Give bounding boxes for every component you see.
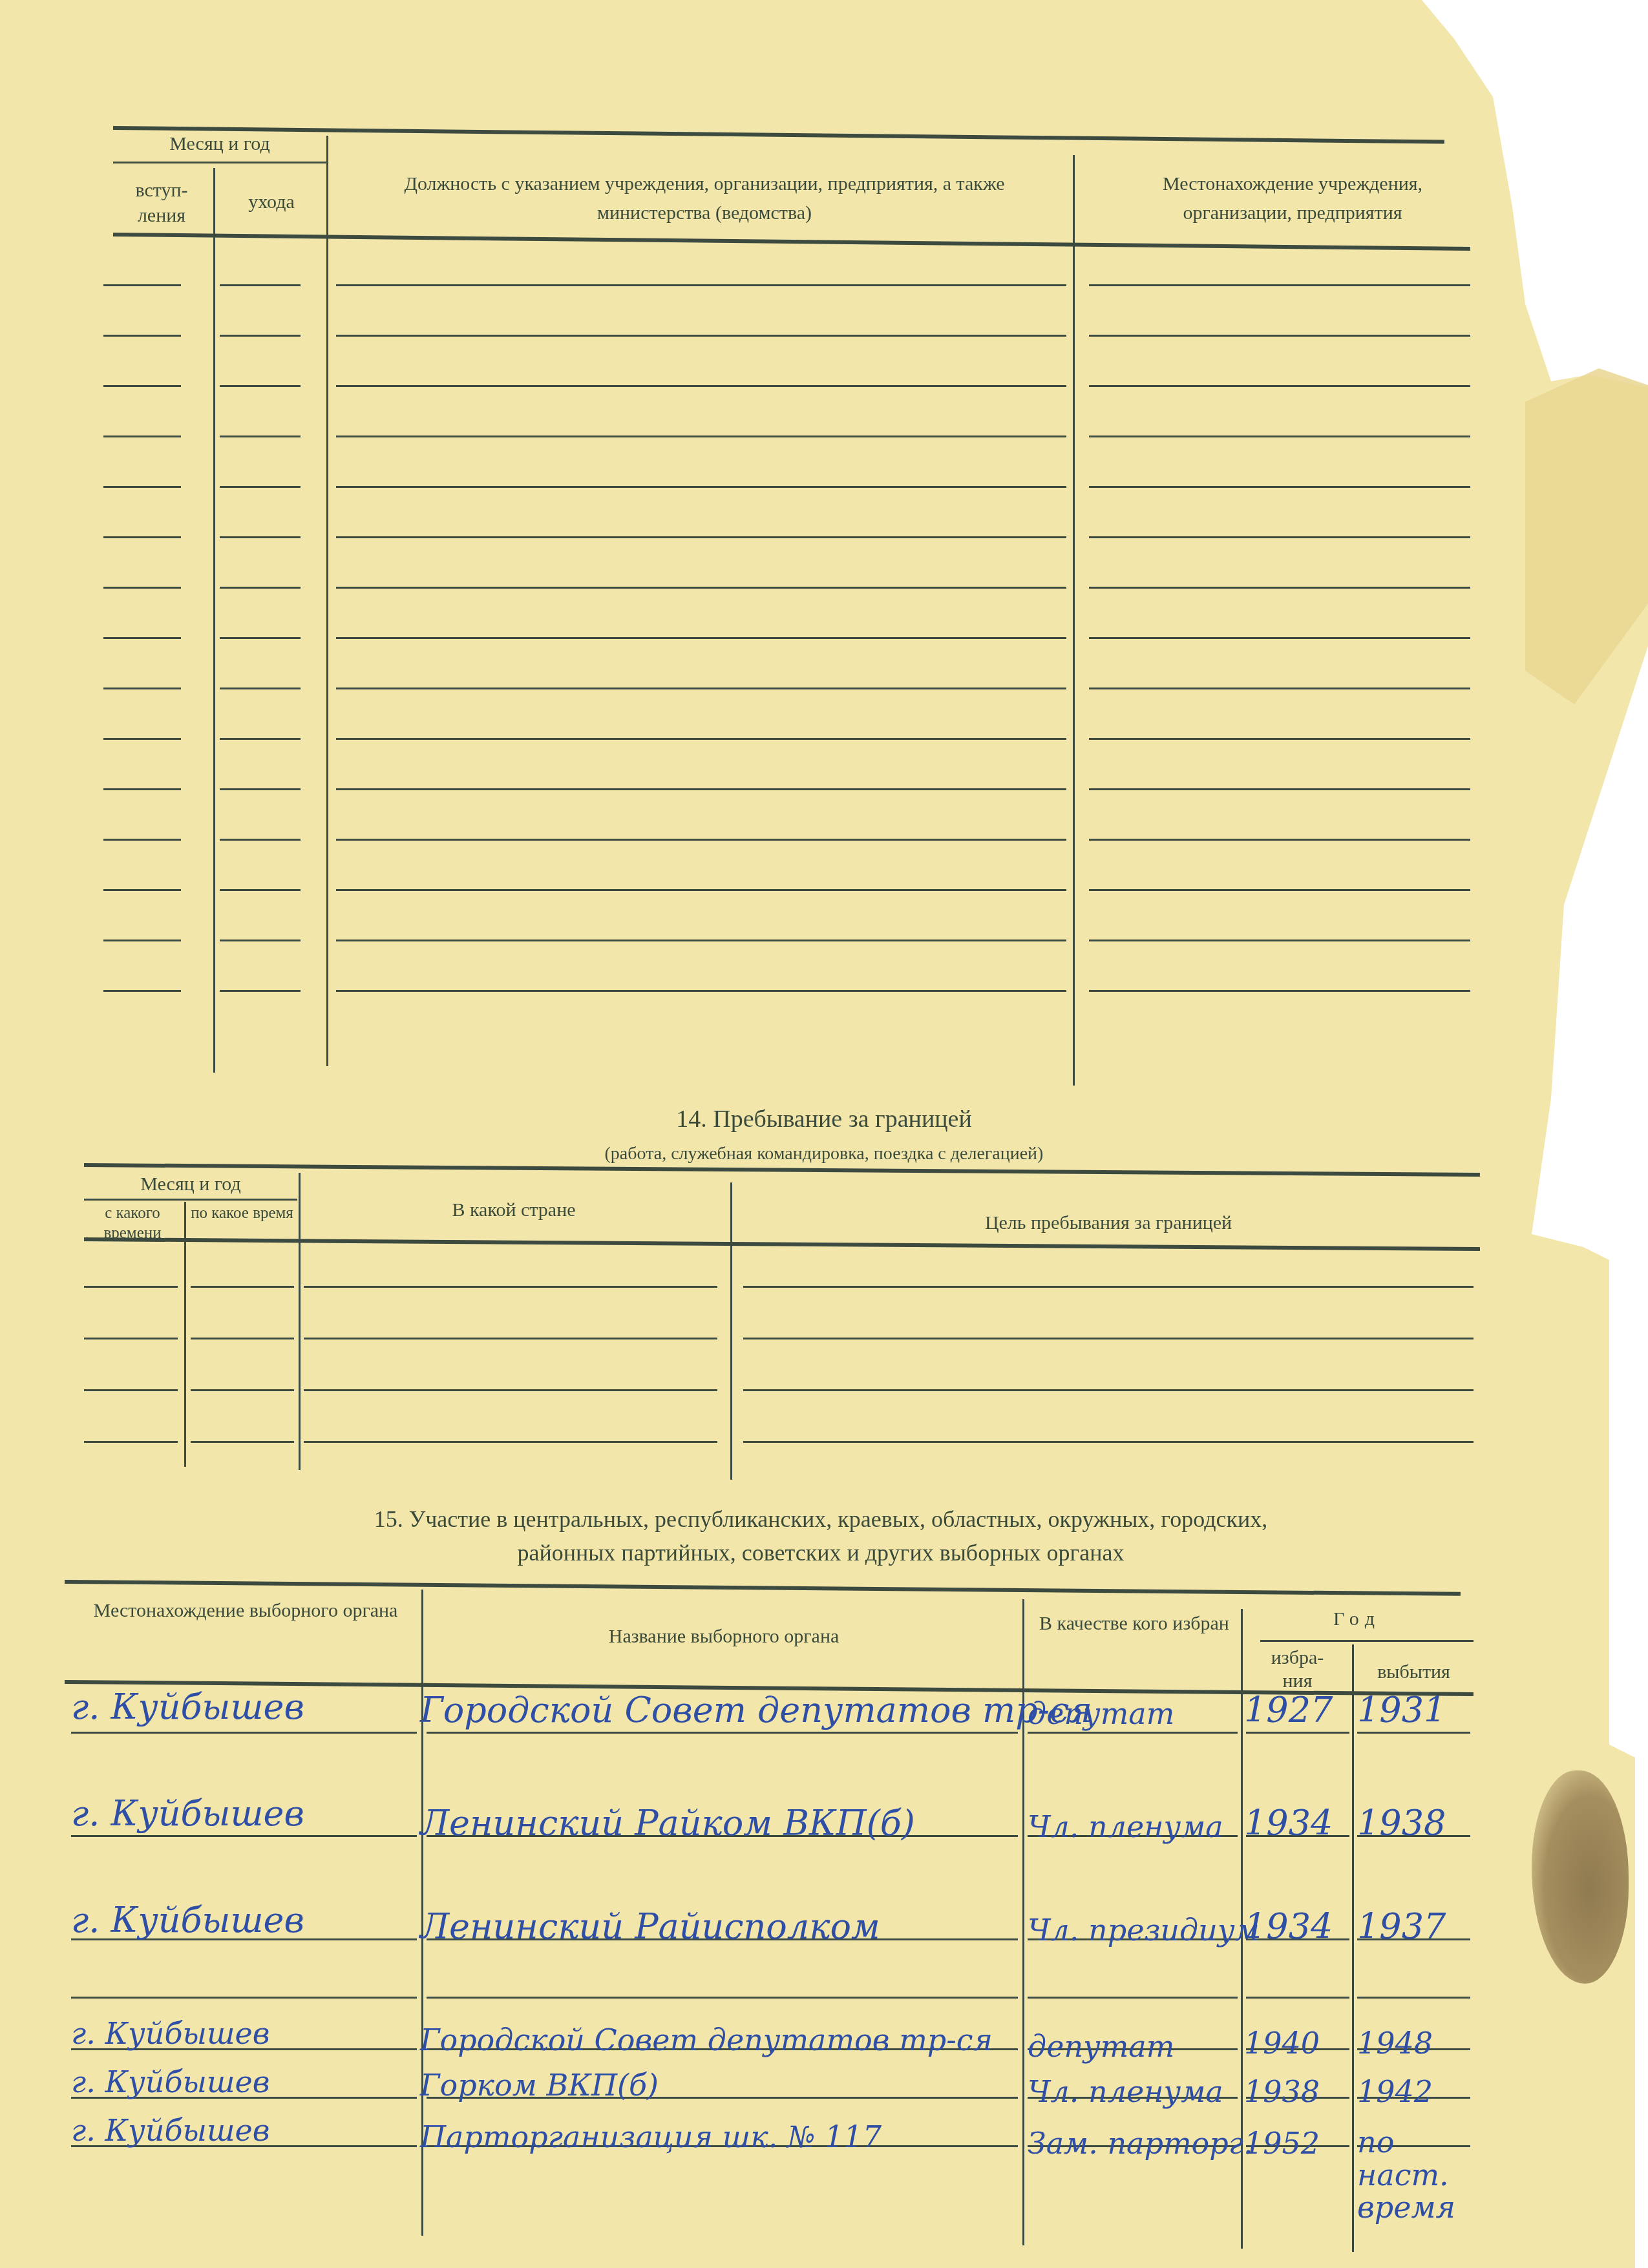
ruled-line (220, 536, 301, 538)
ruled-line (71, 1732, 417, 1734)
row-role: Чл. президиум (1028, 1913, 1260, 1948)
ruled-line (220, 688, 301, 689)
ruled-line (304, 1286, 717, 1288)
ruled-line (103, 738, 181, 740)
section15-title-line2: районных партийных, советских и других в… (155, 1539, 1486, 1566)
ruled-line (1089, 436, 1470, 437)
ruled-line (1089, 637, 1470, 639)
ruled-line (427, 1732, 1018, 1734)
location-header: Местонахождение выборного органа (71, 1596, 420, 1625)
row-location: г. Куйбышев (71, 2113, 270, 2148)
row-role: депутат (1028, 1696, 1174, 1731)
ruled-line (1028, 1997, 1238, 1999)
row-role: Зам. парторг. (1028, 2126, 1253, 2161)
ruled-line (220, 940, 301, 941)
position-header: Должность с указанием учреждения, органи… (388, 169, 1021, 227)
ruled-line (1028, 1732, 1238, 1734)
ruled-line (1089, 990, 1470, 992)
ruled-line (1246, 1997, 1349, 1999)
role-header: В качестве кого избран (1028, 1609, 1241, 1638)
row-location: г. Куйбышев (71, 1900, 304, 1940)
ruled-line (103, 587, 181, 589)
section14-subtitle: (работа, служебная командировка, поездка… (0, 1144, 1648, 1164)
to-header: по какое время (189, 1203, 295, 1223)
row-elected: 1927 (1244, 1690, 1333, 1730)
ruled-line (336, 536, 1066, 538)
ruled-line (743, 1441, 1474, 1443)
ruled-line (743, 1389, 1474, 1391)
row-left: 1938 (1357, 1803, 1446, 1843)
ruled-line (304, 1441, 717, 1443)
ruled-line (1089, 940, 1470, 941)
ruled-line (220, 738, 301, 740)
row-role: Чл. пленума (1028, 1809, 1223, 1844)
row-role: Чл. пленума (1028, 2074, 1223, 2109)
ruled-line (1089, 587, 1470, 589)
ruled-line (743, 1286, 1474, 1288)
ruled-line (220, 436, 301, 437)
row-elected: 1952 (1244, 2126, 1320, 2161)
ruled-line (220, 889, 301, 891)
row-name: Ленинский Райком ВКП(б) (420, 1803, 915, 1843)
row-location: г. Куйбышев (71, 1686, 304, 1727)
row-left: 1942 (1357, 2074, 1433, 2109)
ruled-line (336, 839, 1066, 841)
ruled-line (1089, 335, 1470, 337)
ruled-line (336, 788, 1066, 790)
ruled-line (336, 940, 1066, 941)
row-location: г. Куйбышев (71, 1793, 304, 1834)
row-elected: 1938 (1244, 2074, 1320, 2109)
ruled-line (220, 335, 301, 337)
row-name: Городской Совет депутатов тр-ся (420, 2022, 993, 2057)
ruled-line (220, 385, 301, 387)
ruled-line (1089, 385, 1470, 387)
ruled-line (84, 1338, 178, 1339)
ruled-line (220, 637, 301, 639)
ruled-line (1357, 1997, 1470, 1999)
ruled-line (304, 1338, 717, 1339)
ruled-line (103, 385, 181, 387)
ruled-line (84, 1286, 178, 1288)
left-header: выбытия (1354, 1657, 1474, 1686)
ruled-line (1089, 839, 1470, 841)
row-elected: 1940 (1244, 2026, 1320, 2061)
ruled-line (336, 587, 1066, 589)
ruled-line (103, 688, 181, 689)
row-left: по наст. время (1357, 2126, 1486, 2224)
section14-title: 14. Пребывание за границей (0, 1105, 1648, 1133)
ruled-line (427, 1997, 1018, 1999)
ruled-line (103, 335, 181, 337)
from-header: с какого времени (84, 1203, 181, 1244)
name-header: Название выборного органа (427, 1622, 1021, 1651)
ruled-line (103, 940, 181, 941)
ruled-line (220, 788, 301, 790)
exit-header: ухода (217, 187, 326, 216)
ruled-line (304, 1389, 717, 1391)
row-left: 1948 (1357, 2026, 1433, 2061)
ruled-line (336, 990, 1066, 992)
ruled-line (336, 688, 1066, 689)
ruled-line (336, 637, 1066, 639)
ruled-line (103, 284, 181, 286)
ruled-line (220, 486, 301, 488)
ruled-line (220, 587, 301, 589)
ruled-line (103, 536, 181, 538)
row-role: депутат (1028, 2029, 1174, 2064)
ruled-line (336, 284, 1066, 286)
row-elected: 1934 (1244, 1803, 1333, 1843)
entry-header: вступ- ления (113, 178, 210, 228)
location-header: Местонахождение учреждения, организации,… (1112, 169, 1474, 227)
ruled-line (336, 385, 1066, 387)
ruled-line (1357, 1732, 1470, 1734)
ruled-line (71, 1835, 417, 1837)
ruled-line (103, 839, 181, 841)
ruled-line (1089, 738, 1470, 740)
elected-header: избра- ния (1244, 1646, 1351, 1693)
year-header: Год (1247, 1604, 1467, 1633)
ruled-line (1089, 536, 1470, 538)
ruled-line (103, 436, 181, 437)
month-year-header: Месяц и год (113, 129, 326, 158)
ruled-line (1089, 486, 1470, 488)
ruled-line (1089, 889, 1470, 891)
ruled-line (191, 1338, 294, 1339)
row-name: Горком ВКП(б) (420, 2068, 659, 2103)
row-elected: 1934 (1244, 1906, 1333, 1947)
country-header: В какой стране (301, 1195, 727, 1224)
ruled-line (220, 284, 301, 286)
ruled-line (191, 1286, 294, 1288)
ruled-line (220, 839, 301, 841)
row-left: 1931 (1357, 1690, 1446, 1730)
ruled-line (103, 788, 181, 790)
ruled-line (220, 990, 301, 992)
ruled-line (1089, 688, 1470, 689)
ruled-line (71, 1997, 417, 1999)
ruled-line (743, 1338, 1474, 1339)
row-location: г. Куйбышев (71, 2064, 270, 2099)
ruled-line (84, 1441, 178, 1443)
ruled-line (103, 486, 181, 488)
ruled-line (336, 335, 1066, 337)
row-location: г. Куйбышев (71, 2016, 270, 2051)
row-name: Ленинский Райисполком (420, 1906, 880, 1947)
purpose-header: Цель пребывания за границей (737, 1208, 1480, 1237)
month-year-header: Месяц и год (84, 1170, 297, 1199)
row-name: Городской Совет депутатов тр-ся (420, 1690, 1092, 1730)
ruled-line (191, 1441, 294, 1443)
ruled-line (103, 889, 181, 891)
section15-title: 15. Участие в центральных, республиканск… (155, 1506, 1486, 1533)
ruled-line (1246, 1732, 1349, 1734)
ruled-line (191, 1389, 294, 1391)
ruled-line (336, 889, 1066, 891)
ruled-line (336, 486, 1066, 488)
row-name: Парторганизация шк. № 117 (420, 2119, 882, 2154)
row-left: 1937 (1357, 1906, 1446, 1947)
ruled-line (1089, 788, 1470, 790)
ruled-line (84, 1389, 178, 1391)
ruled-line (103, 637, 181, 639)
ruled-line (336, 738, 1066, 740)
ruled-line (336, 436, 1066, 437)
ruled-line (1089, 284, 1470, 286)
ruled-line (103, 990, 181, 992)
